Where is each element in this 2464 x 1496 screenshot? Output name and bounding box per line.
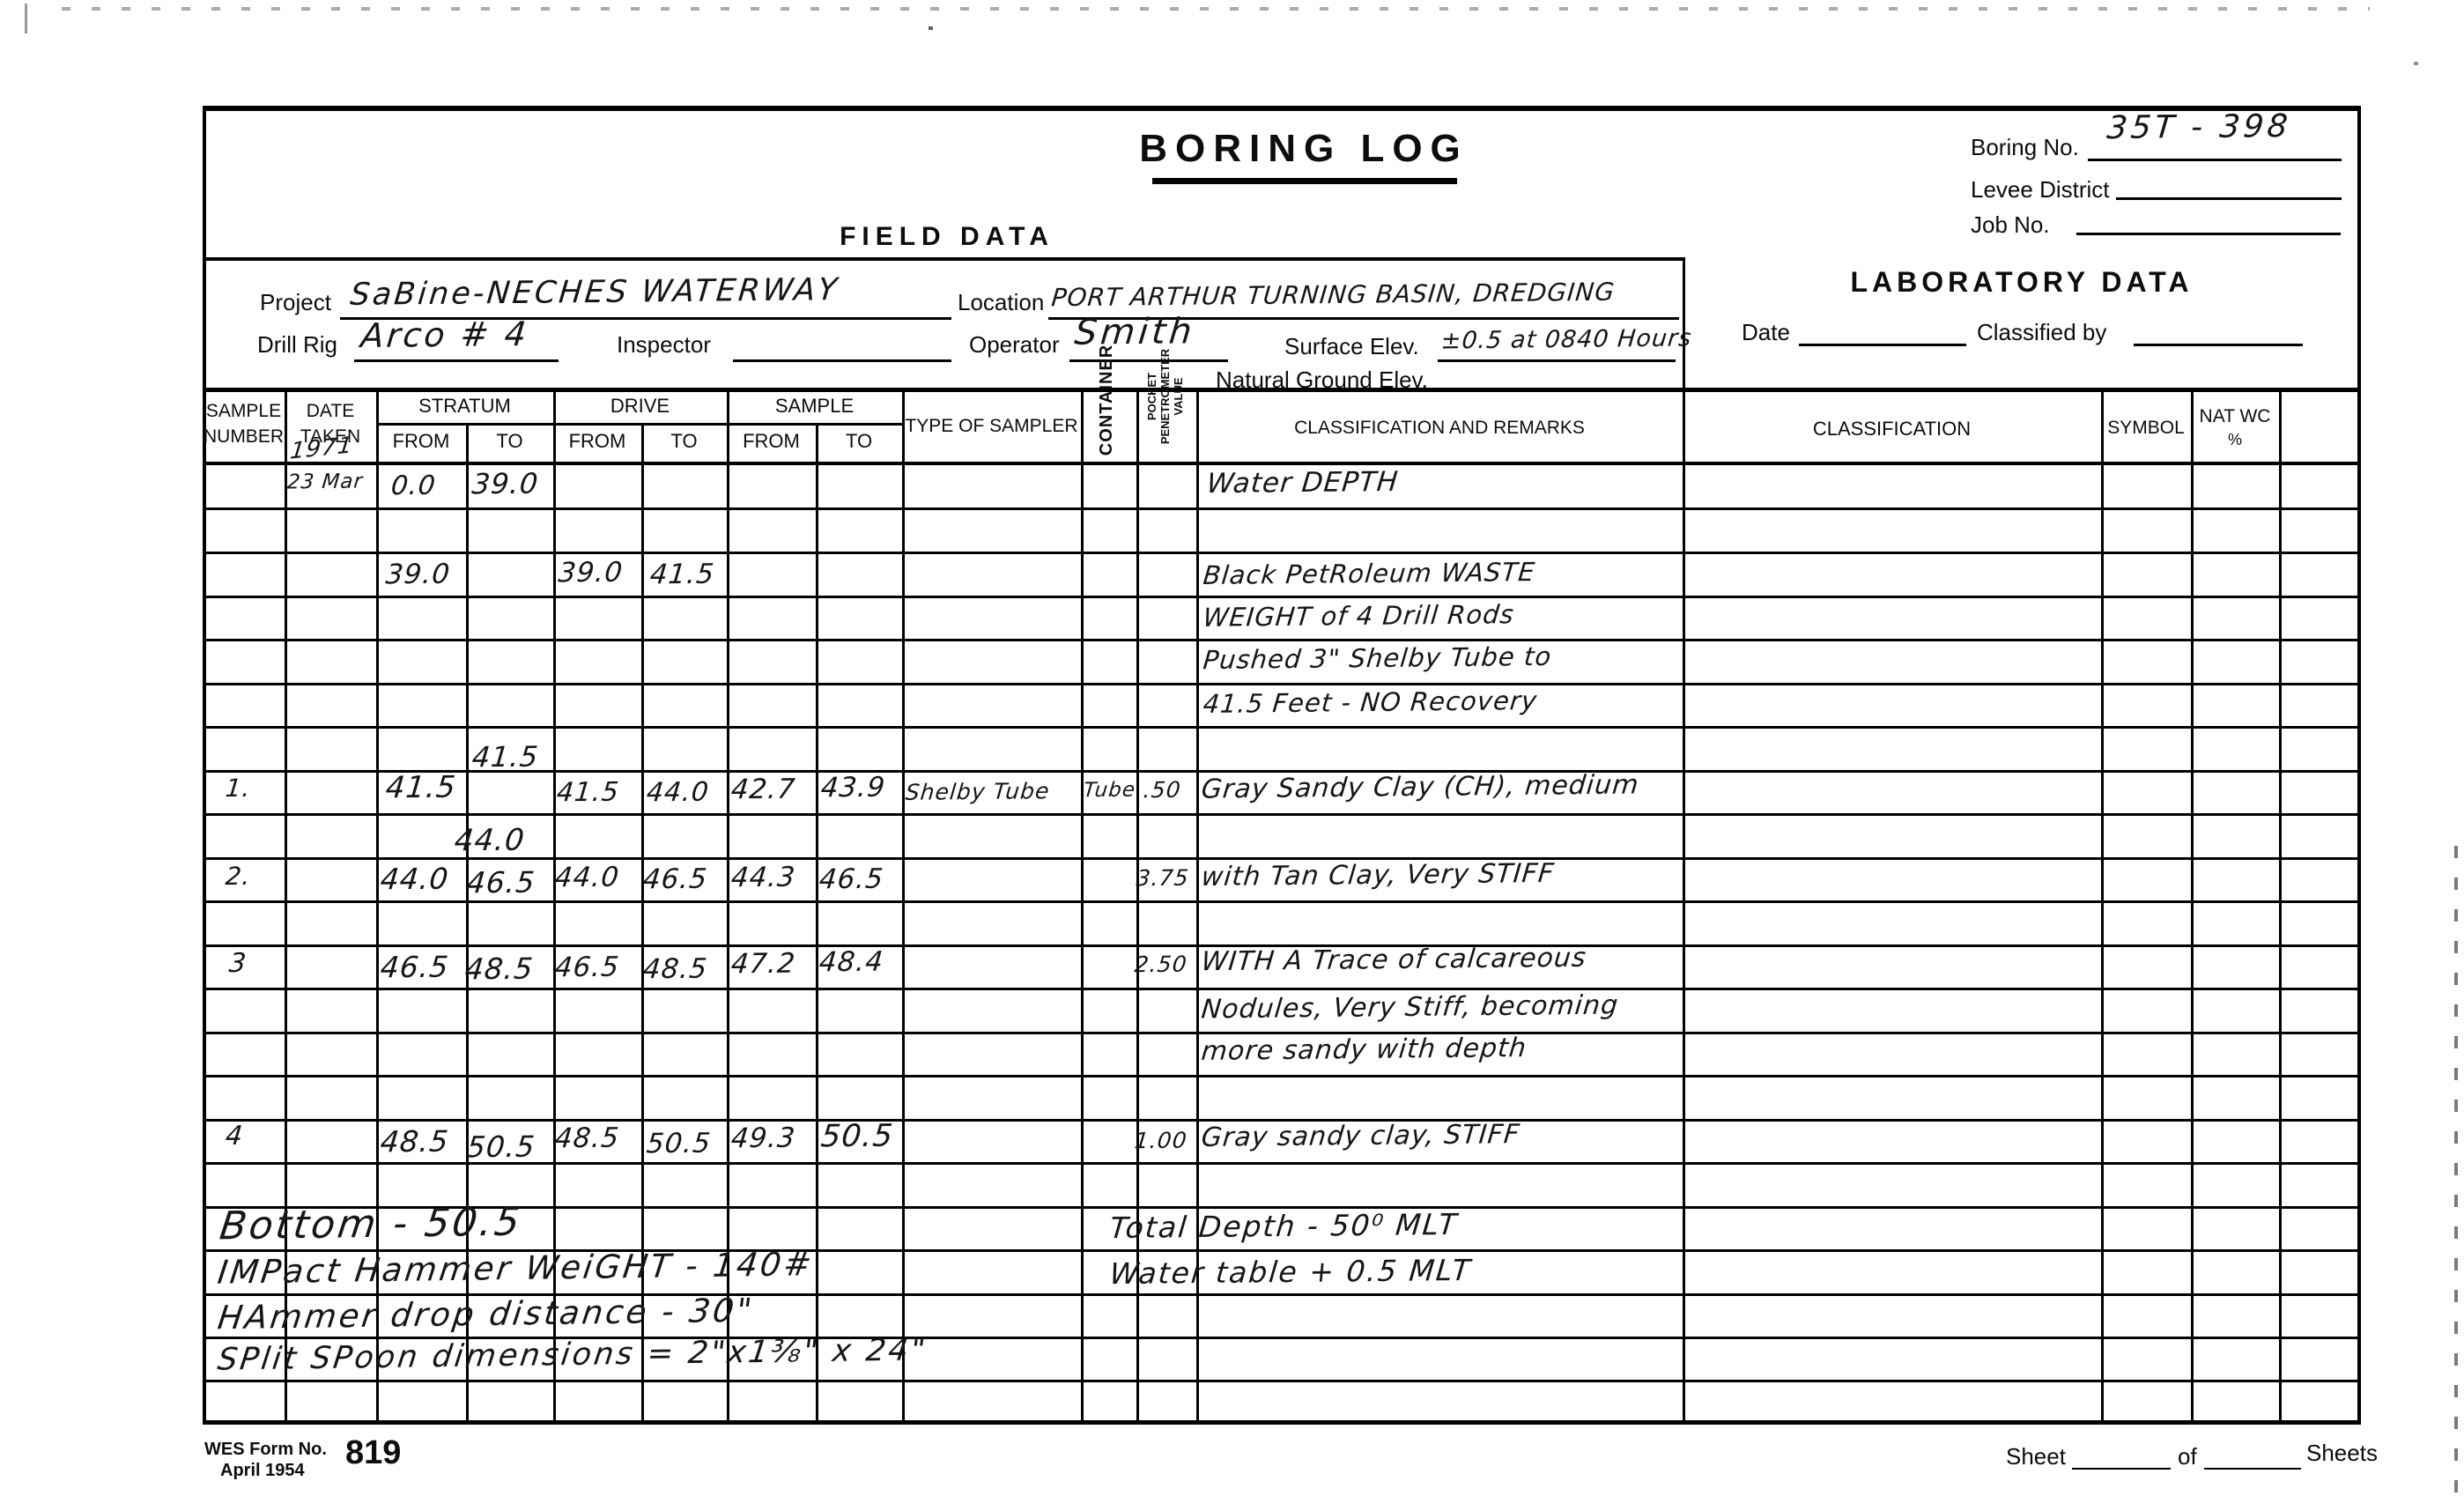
col-sample-number-line2: NUMBER (203, 424, 285, 449)
drill-rig-value: Arco # 4 (359, 315, 530, 355)
sample3-sample-to: 48.4 (818, 946, 885, 979)
sample1-sample-from: 42.7 (729, 774, 797, 806)
scanned-page: BORING LOG FIELD DATA LABORATORY DATA Bo… (0, 0, 2464, 1496)
grid-column-line (2101, 388, 2104, 1422)
location-label: Location (958, 289, 1044, 316)
bottom-note-3: HAmmer drop distance - 30" (216, 1292, 757, 1337)
col-symbol: SYMBOL (2101, 418, 2191, 439)
sample3-drive-from: 46.5 (553, 952, 621, 984)
inspector-label: Inspector (617, 331, 711, 359)
form-no-value: 819 (345, 1434, 401, 1472)
grid-column-line (2279, 388, 2282, 1422)
waste-remarks-1: Black PetRoleum WASTE (1202, 557, 1536, 590)
grid-row-line (203, 639, 2361, 641)
drill-rig-label: Drill Rig (257, 331, 337, 359)
sample1-sample-to: 43.9 (819, 772, 887, 804)
form-border-bottom (203, 1420, 2361, 1425)
project-label: Project (260, 289, 331, 316)
page-title: BORING LOG (1128, 127, 1480, 171)
laboratory-data-title: LABORATORY DATA (1832, 266, 2211, 299)
sample2-stratum-to: 46.5 (465, 865, 536, 900)
sample4-drive-to: 50.5 (645, 1128, 713, 1160)
form-border-top (203, 106, 2361, 111)
grid-row-line (203, 726, 2361, 729)
pocket-line1: POCKET (1145, 330, 1158, 463)
surface-elev-line (1438, 359, 1676, 362)
sample3-remarks-2: Nodules, Very Stiff, becoming (1200, 990, 1620, 1026)
scan-speck (929, 26, 933, 30)
sample3-remarks-3: more sandy with depth (1200, 1033, 1528, 1067)
lab-date-line (1799, 344, 1966, 346)
levee-district-line (2116, 197, 2342, 200)
table-header-mid-line (376, 423, 902, 426)
sample4-sample-from: 49.3 (729, 1122, 797, 1155)
col-drive-from: FROM (553, 430, 641, 453)
bottom-note-4: SPlit SPoon dimensions = 2"x1⅜" x 24" (216, 1332, 930, 1377)
sample2-sample-from: 44.3 (729, 862, 797, 894)
col-drive: DRIVE (553, 395, 727, 418)
grid-row-line (203, 552, 2361, 554)
stratum-note-41-5: 41.5 (470, 740, 540, 774)
sample4-stratum-from: 48.5 (379, 1124, 450, 1159)
col-stratum-to: TO (466, 430, 553, 453)
col-sample-from: FROM (727, 430, 816, 453)
drill-rig-line (354, 359, 559, 362)
sheets-line (2204, 1468, 2301, 1470)
sample1-remarks: Gray Sandy Clay (CH), medium (1200, 769, 1640, 804)
sample1-drive-to: 44.0 (645, 777, 710, 809)
boring-log-form: BORING LOG FIELD DATA LABORATORY DATA Bo… (203, 106, 2361, 1425)
sample4-stratum-to: 50.5 (465, 1129, 536, 1165)
surface-elev-label: Surface Elev. (1284, 333, 1419, 360)
job-no-label: Job No. (1971, 211, 2050, 239)
sample2-drive-to: 46.5 (641, 863, 709, 896)
grid-row-line (203, 857, 2361, 860)
sample1-stratum-from: 41.5 (384, 770, 458, 806)
field-box-top-line (203, 257, 1685, 261)
sheets-label: Sheets (2306, 1440, 2378, 1467)
project-value: SaBine-NECHES WATERWAY (349, 272, 841, 313)
sample4-sample-to: 50.5 (819, 1119, 895, 1155)
field-data-title: FIELD DATA (832, 222, 1062, 252)
grid-row-line (203, 1032, 2361, 1034)
waste-remarks-4: 41.5 Feet - NO Recovery (1202, 685, 1539, 719)
grid-row-line (203, 683, 2361, 685)
col-sample-to: TO (816, 430, 902, 453)
col-nat-wc: NAT WC % (2191, 405, 2279, 451)
scan-noise-right-edge (2454, 846, 2458, 1496)
col-date-line1: DATE (285, 398, 376, 424)
form-date-label: April 1954 (220, 1461, 305, 1481)
sheet-line (2072, 1468, 2171, 1470)
sample2-sample-to: 46.5 (818, 863, 885, 896)
table-header-top-line (203, 388, 2361, 392)
table-header-bottom-line (203, 462, 2361, 465)
sample2-drive-from: 44.0 (553, 862, 621, 894)
row0-stratum-from: 0.0 (389, 470, 437, 502)
boring-no-value: 35T - 398 (2105, 108, 2292, 146)
grid-column-line (902, 388, 905, 1422)
grid-column-line (816, 423, 818, 1422)
sample3-remarks-1: WITH A Trace of calcareous (1200, 943, 1587, 978)
col-type-of-sampler: TYPE OF SAMPLER (902, 416, 1081, 437)
sample3-drive-to: 48.5 (641, 953, 709, 986)
col-stratum-from: FROM (376, 430, 466, 453)
sample1-number: 1. (224, 774, 252, 803)
waste-drive-to: 41.5 (648, 559, 716, 591)
waste-remarks-2: WEIGHT of 4 Drill Rods (1202, 599, 1515, 633)
sample4-remarks: Gray sandy clay, STIFF (1200, 1119, 1521, 1153)
form-no-label: WES Form No. (204, 1440, 327, 1460)
col-nat-wc-line2: % (2191, 428, 2279, 451)
total-depth-note: Total Depth - 50⁰ MLT (1108, 1207, 1460, 1245)
pocket-line3: VALUE (1172, 330, 1185, 463)
classified-by-label: Classified by (1977, 319, 2106, 346)
form-border-left (203, 106, 206, 1425)
boring-no-line (2088, 159, 2342, 161)
col-nat-wc-line1: NAT WC (2191, 405, 2279, 428)
boring-no-label: Boring No. (1971, 134, 2079, 161)
grid-row-line (203, 900, 2361, 903)
lab-date-label: Date (1742, 319, 1790, 346)
stratum-note-44-0: 44.0 (453, 823, 527, 859)
row0-date: 23 Mar (286, 470, 365, 494)
sample4-number: 4 (224, 1121, 244, 1152)
grid-row-line (203, 1380, 2361, 1382)
surface-elev-value: ±0.5 at 0840 Hours (1439, 325, 1692, 355)
classified-by-line (2134, 344, 2303, 346)
scan-noise-top (62, 7, 2370, 11)
pocket-line2: PENETROMETER (1158, 330, 1172, 463)
sample3-pen-value: 2.50 (1134, 952, 1188, 978)
sample3-stratum-to: 48.5 (463, 952, 535, 987)
location-value: PORT ARTHUR TURNING BASIN, DREDGING (1050, 278, 1617, 313)
col-classification-remarks: CLASSIFICATION AND REMARKS (1196, 418, 1683, 439)
sample3-sample-from: 47.2 (729, 948, 797, 981)
sample1-drive-from: 41.5 (555, 777, 620, 809)
bottom-note-1: Bottom - 50.5 (217, 1200, 524, 1249)
sample1-container: Tube (1083, 779, 1137, 803)
grid-row-line (203, 1075, 2361, 1078)
sample1-sampler: Shelby Tube (905, 778, 1051, 805)
row0-remarks: Water DEPTH (1205, 466, 1400, 500)
inspector-line (733, 359, 951, 362)
grid-column-line (2191, 388, 2194, 1422)
col-drive-to: TO (641, 430, 727, 453)
waste-drive-from: 39.0 (557, 557, 625, 589)
sample3-number: 3 (227, 948, 248, 979)
sample1-pen-value: .50 (1143, 777, 1183, 803)
waste-stratum-from: 39.0 (384, 559, 452, 591)
sample2-number: 2. (224, 862, 252, 891)
sample2-pen-value: 3.75 (1136, 865, 1190, 892)
col-sample-number: SAMPLE NUMBER (203, 398, 285, 449)
sample4-pen-value: 1.00 (1134, 1128, 1188, 1154)
job-no-line (2076, 233, 2341, 235)
levee-district-label: Levee District (1971, 176, 2110, 204)
date-year-handwritten: 1971 (289, 432, 355, 464)
col-pocket-penetrometer: POCKET PENETROMETER VALUE (1145, 330, 1188, 463)
grid-row-line (203, 813, 2361, 816)
col-sample-number-line1: SAMPLE (203, 398, 285, 424)
sheet-label: Sheet (2006, 1443, 2066, 1470)
col-classification: CLASSIFICATION (1683, 418, 2101, 441)
sample4-drive-from: 48.5 (553, 1122, 621, 1155)
title-underline (1152, 178, 1457, 184)
col-stratum: STRATUM (376, 395, 553, 418)
form-border-right (2357, 106, 2361, 1425)
water-table-note: Water table + 0.5 MLT (1108, 1253, 1473, 1291)
col-container: CONTAINER (1097, 334, 1120, 466)
grid-row-line (203, 507, 2361, 510)
waste-remarks-3: Pushed 3" Shelby Tube to (1202, 641, 1553, 675)
row0-stratum-to: 39.0 (470, 467, 540, 501)
col-sample: SAMPLE (727, 395, 902, 418)
sample3-stratum-from: 46.5 (379, 950, 450, 985)
grid-row-line (203, 596, 2361, 598)
of-label: of (2178, 1443, 2197, 1470)
sample2-remarks: with Tan Clay, Very STIFF (1200, 858, 1556, 892)
operator-label: Operator (969, 331, 1060, 359)
scan-noise-left (25, 4, 27, 33)
grid-row-line (203, 988, 2361, 990)
grid-column-line (1081, 388, 1084, 1422)
sample2-stratum-from: 44.0 (379, 862, 450, 897)
scan-speck (2414, 62, 2418, 65)
